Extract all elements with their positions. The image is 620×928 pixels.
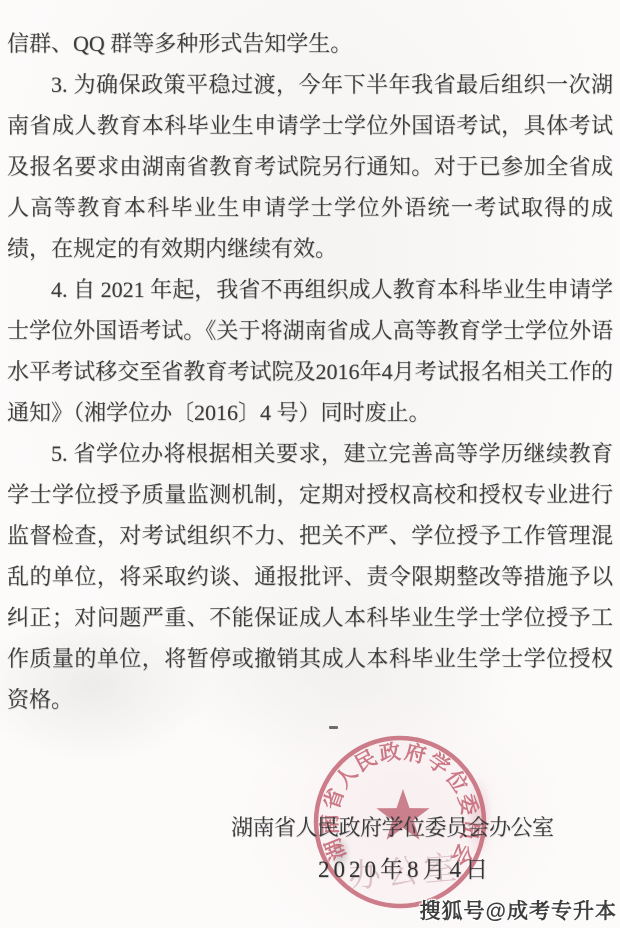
paragraph-item-3: 3. 为确保政策平稳过渡，今年下半年我省最后组织一次湖南省成人教育本科毕业生申请… xyxy=(7,64,613,269)
document-page: 信群、QQ 群等多种形式告知学生。 3. 为确保政策平稳过渡，今年下半年我省最后… xyxy=(0,0,620,928)
paragraph-item-5: 5. 省学位办将根据相关要求，建立完善高等学历继续教育学士学位授予质量监测机制，… xyxy=(7,433,613,720)
paragraph-continuation: 信群、QQ 群等多种形式告知学生。 xyxy=(7,23,613,64)
paragraph-item-4: 4. 自 2021 年起，我省不再组织成人教育本科毕业生申请学士学位外国语考试。… xyxy=(7,269,613,433)
document-body: 信群、QQ 群等多种形式告知学生。 3. 为确保政策平稳过渡，今年下半年我省最后… xyxy=(7,23,613,720)
date-line: 2020年8月4日 xyxy=(318,851,492,884)
watermark: 搜狐号@成考专升本 xyxy=(420,895,617,925)
signature-line: 湖南省人民政府学位委员会办公室 xyxy=(231,811,554,842)
